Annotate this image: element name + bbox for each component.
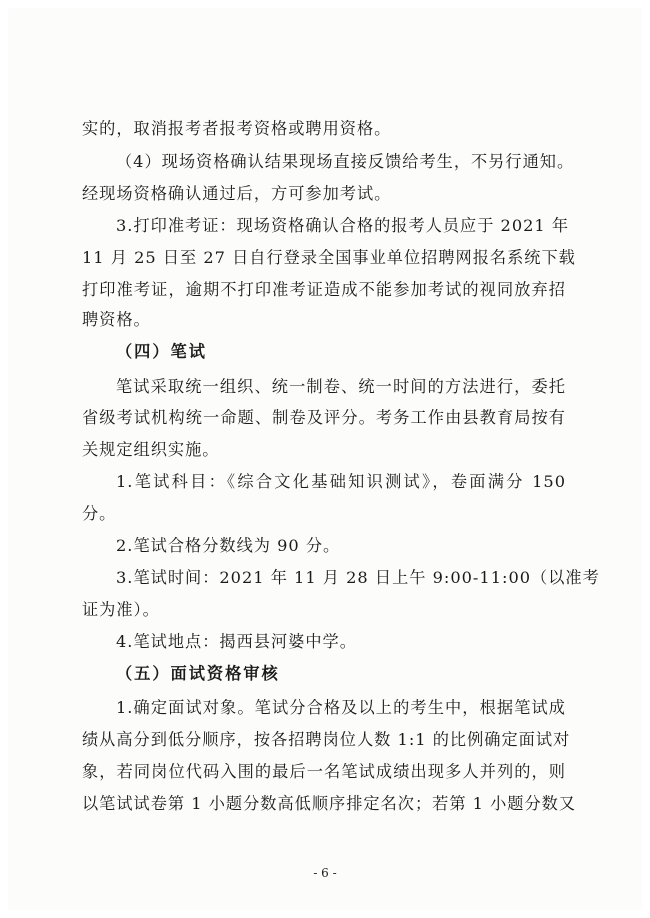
paragraph-line: 1.笔试科目：《综合文化基础知识测试》，卷面满分 150 bbox=[116, 470, 566, 494]
section-heading-written-exam: （四）笔试 bbox=[116, 340, 207, 364]
paragraph-line: 3.笔试时间：2021 年 11 月 28 日上午 9:00-11:00（以准考 bbox=[116, 566, 566, 590]
paragraph-line: 聘资格。 bbox=[82, 308, 151, 332]
paragraph-line: 证为准）。 bbox=[82, 598, 160, 622]
section-heading-interview-review: （五）面试资格审核 bbox=[116, 662, 280, 686]
paragraph-line: 分。 bbox=[82, 502, 116, 526]
paragraph-line: 象，若同岗位代码入围的最后一名笔试成绩出现多人并列的，则 bbox=[82, 760, 566, 784]
paragraph-line: 4.笔试地点：揭西县河婆中学。 bbox=[116, 630, 357, 654]
paragraph-line: 2.笔试合格分数线为 90 分。 bbox=[116, 534, 340, 558]
paragraph-line: 笔试采取统一组织、统一制卷、统一时间的方法进行，委托 bbox=[116, 375, 566, 399]
paragraph-line: 1.确定面试对象。笔试分合格及以上的考生中，根据笔试成 bbox=[116, 696, 566, 720]
paragraph-line: 11 月 25 日至 27 日自行登录全国事业单位招聘网报名系统下载 bbox=[82, 246, 566, 270]
paragraph-line: 打印准考证，逾期不打印准考证造成不能参加考试的视同放弃招 bbox=[82, 278, 566, 302]
page-number: - 6 - bbox=[0, 866, 650, 880]
paragraph-line: 绩从高分到低分顺序，按各招聘岗位人数 1:1 的比例确定面试对 bbox=[82, 728, 566, 752]
paragraph-line: 省级考试机构统一命题、制卷及评分。考务工作由县教育局按有 bbox=[82, 406, 566, 430]
paragraph-line: 3.打印准考证：现场资格确认合格的报考人员应于 2021 年 bbox=[116, 214, 566, 238]
paragraph-line: 经现场资格确认通过后，方可参加考试。 bbox=[82, 182, 391, 206]
paragraph-line: 实的，取消报考者报考资格或聘用资格。 bbox=[82, 117, 391, 141]
paragraph-line: 以笔试试卷第 1 小题分数高低顺序排定名次；若第 1 小题分数又 bbox=[82, 792, 566, 816]
paragraph-line: 关规定组织实施。 bbox=[82, 438, 220, 462]
paragraph-line: （4）现场资格确认结果现场直接反馈给考生，不另行通知。 bbox=[116, 150, 566, 174]
